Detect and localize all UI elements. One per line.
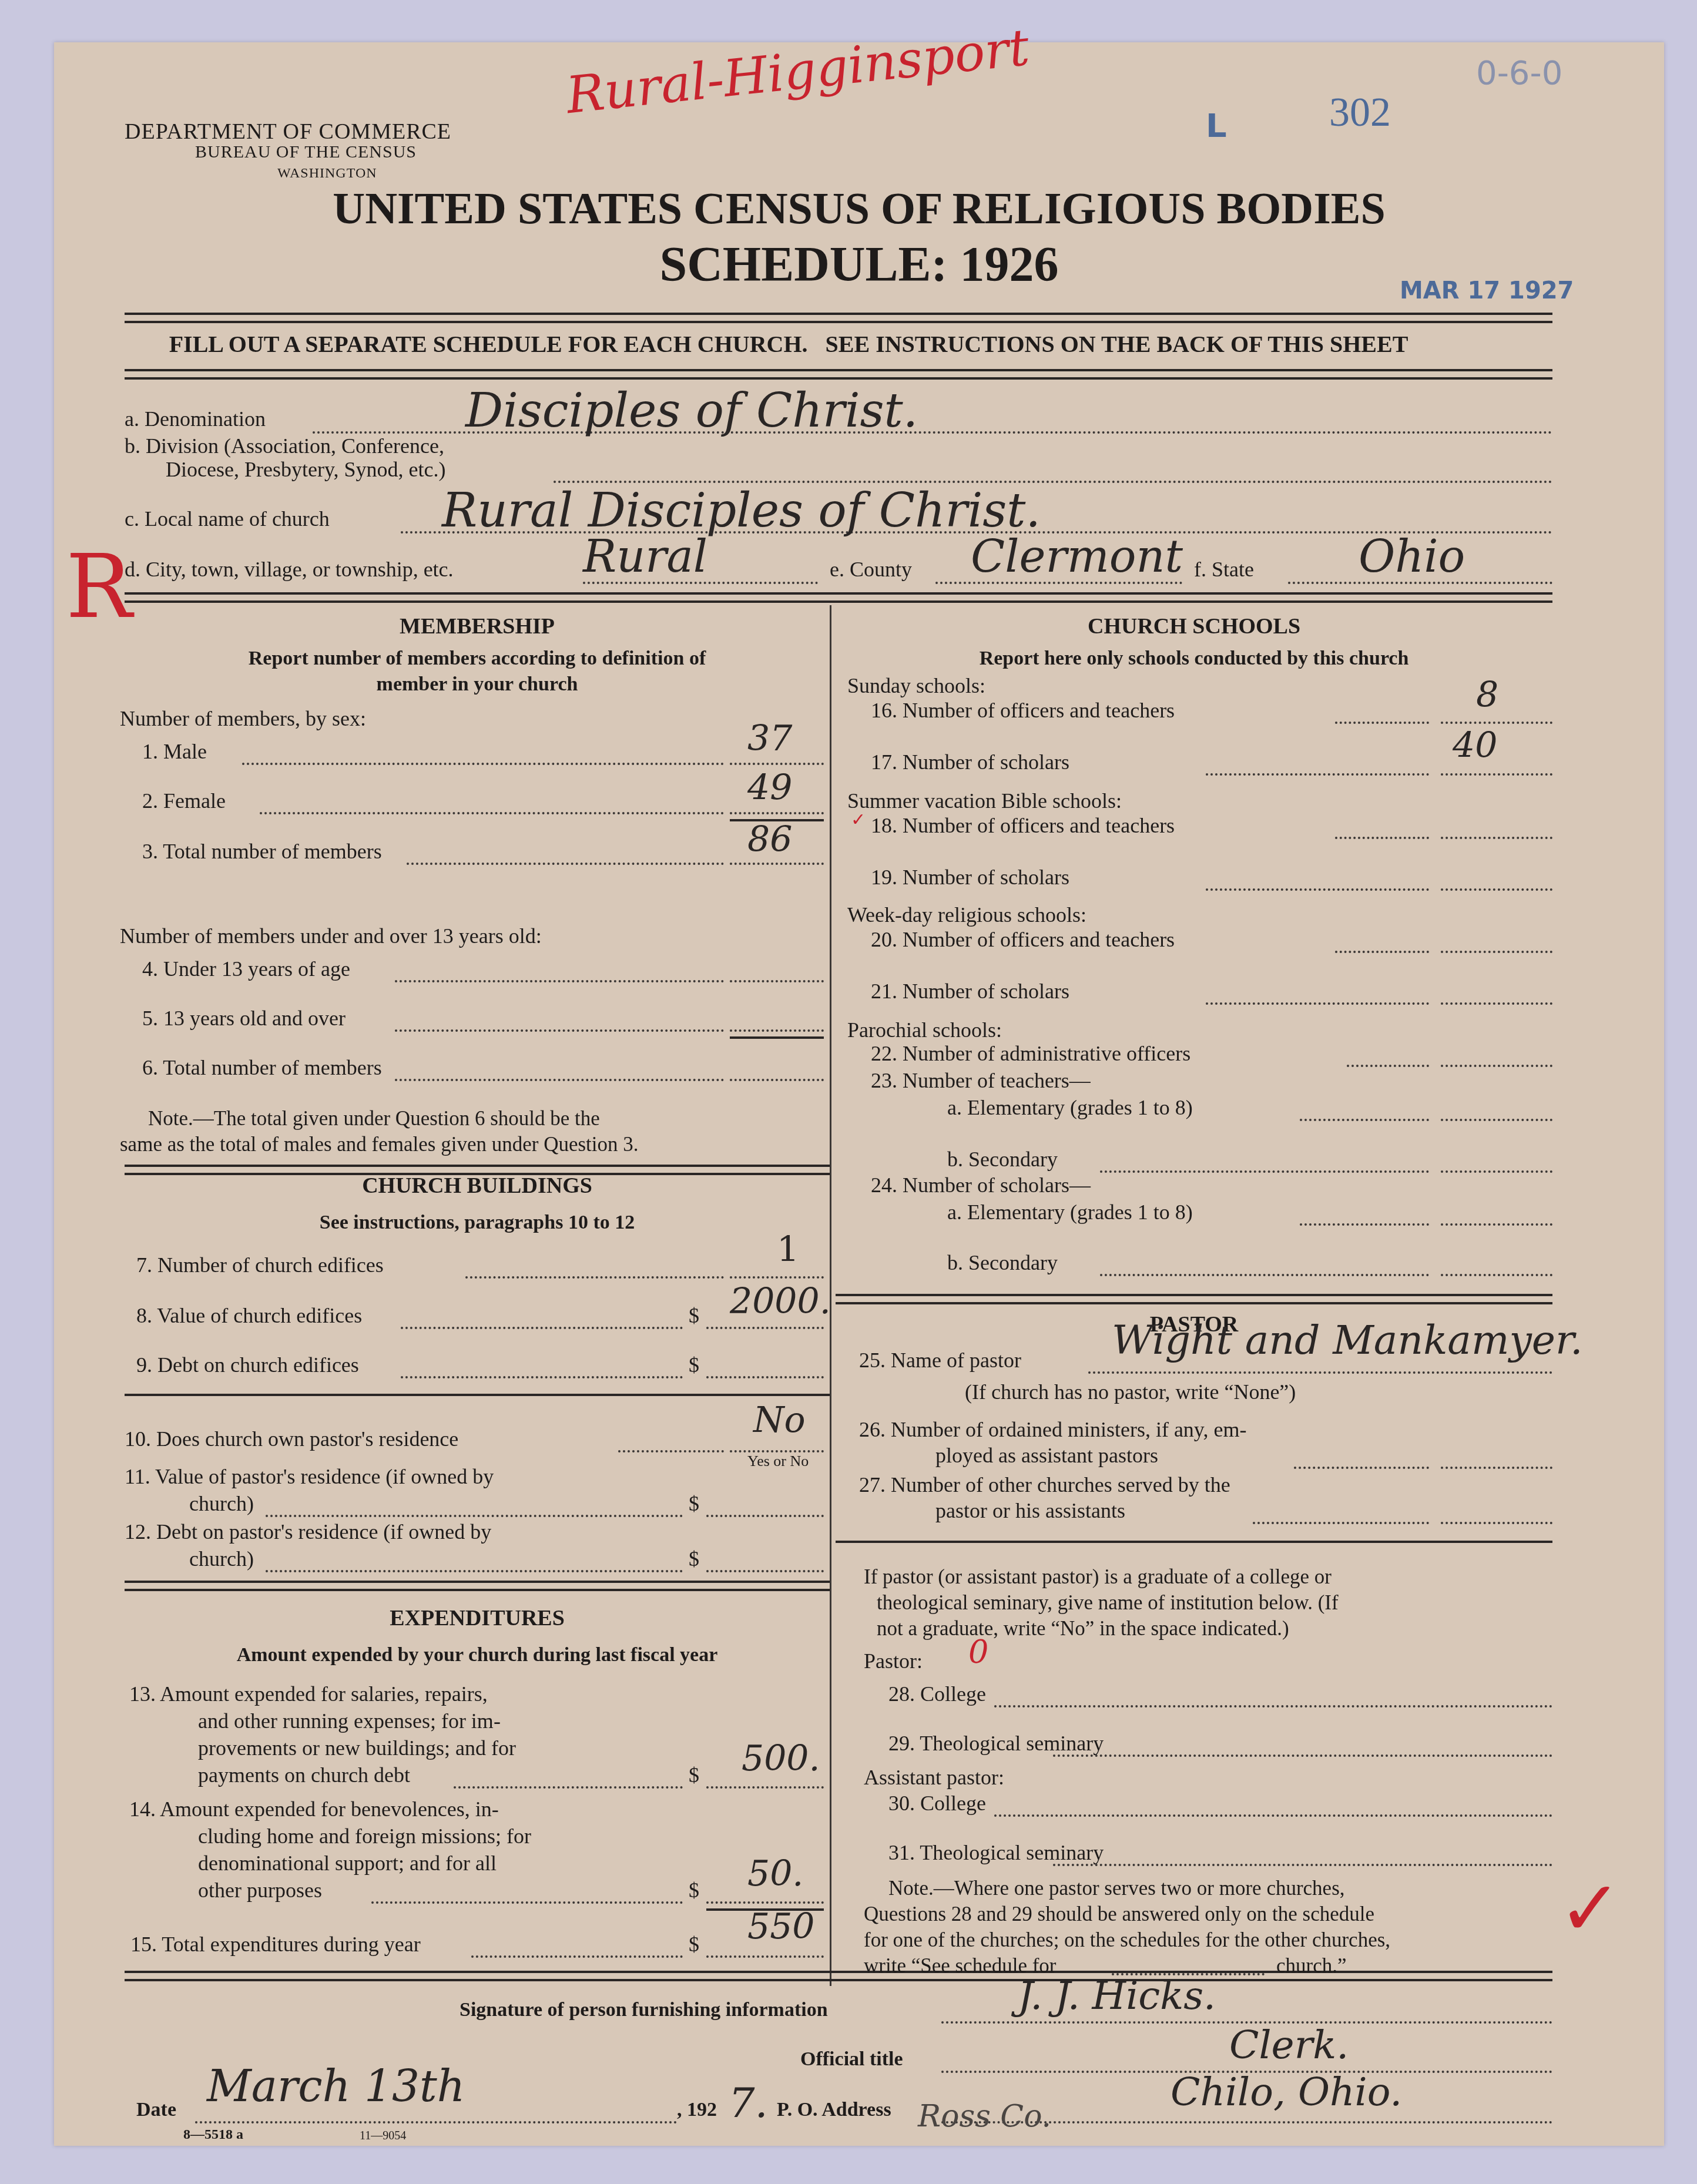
q7-leader <box>465 1276 724 1279</box>
q15-label: 15. Total expenditures during year <box>130 1932 421 1957</box>
q7-label: 7. Number of church edifices <box>136 1253 384 1277</box>
q7-field[interactable]: 1 <box>777 1229 799 1270</box>
q9-label: 9. Debt on church edifices <box>136 1353 359 1377</box>
expenditures-subtitle: Amount expended by your church during la… <box>125 1644 830 1666</box>
q4-label: 4. Under 13 years of age <box>142 957 350 981</box>
q26-field[interactable] <box>1441 1467 1552 1469</box>
q20-field[interactable] <box>1441 951 1552 953</box>
stamp-number: 302 <box>1329 89 1391 136</box>
denomination-label: a. Denomination <box>125 407 266 431</box>
denomination-field[interactable]: Disciples of Christ. <box>465 383 918 438</box>
summer-schools-label: Summer vacation Bible schools: <box>847 789 1122 813</box>
q18-label: 18. Number of officers and teachers <box>871 813 1175 838</box>
red-check-mark: ✓ <box>851 810 866 830</box>
identity-rule <box>125 592 1552 603</box>
division-label-2: Diocese, Presbytery, Synod, etc.) <box>166 457 446 482</box>
city-field[interactable]: Rural <box>583 530 707 582</box>
q25-line <box>1088 1371 1552 1374</box>
q15-line <box>706 1955 824 1958</box>
sunday-schools-label: Sunday schools: <box>847 673 985 698</box>
q5-field[interactable] <box>730 1029 824 1032</box>
q12-currency: $ <box>689 1546 699 1571</box>
q3-leader <box>407 863 724 865</box>
membership-note-2: same as the total of males and females g… <box>120 1132 639 1158</box>
red-circle-mark: 0 <box>968 1633 988 1670</box>
q23a-label: a. Elementary (grades 1 to 8) <box>947 1095 1193 1120</box>
q25-label: 25. Name of pastor <box>859 1348 1021 1373</box>
buildings-title: CHURCH BUILDINGS <box>125 1173 830 1199</box>
year-prefix: , 192 <box>677 2099 717 2121</box>
department-label: DEPARTMENT OF COMMERCE <box>125 119 451 145</box>
membership-note-1: Note.—The total given under Question 6 s… <box>148 1106 600 1132</box>
q23b-label: b. Secondary <box>947 1147 1058 1172</box>
buildings-rule <box>125 1581 830 1591</box>
q29-field[interactable] <box>1053 1754 1552 1757</box>
q31-field[interactable] <box>1053 1864 1552 1866</box>
q13-currency: $ <box>689 1763 699 1787</box>
q21-leader <box>1206 1002 1429 1005</box>
q22-leader <box>1347 1065 1429 1067</box>
state-field[interactable]: Ohio <box>1359 530 1465 582</box>
pastor-rule <box>836 1541 1552 1543</box>
q11-label-2: church) <box>189 1491 254 1516</box>
q1-male-field[interactable]: 37 <box>747 718 792 759</box>
q1-label: 1. Male <box>142 739 207 764</box>
q24-label: 24. Number of scholars— <box>871 1173 1091 1197</box>
q19-leader <box>1206 888 1429 891</box>
q19-field[interactable] <box>1441 888 1552 891</box>
q13-line-2: and other running expenses; for im- <box>198 1709 501 1733</box>
q17-field[interactable]: 40 <box>1453 725 1497 766</box>
q27-label-1: 27. Number of other churches served by t… <box>859 1472 1230 1497</box>
bureau-label: BUREAU OF THE CENSUS <box>195 142 417 162</box>
q21-field[interactable] <box>1441 1002 1552 1005</box>
q14-leader <box>371 1901 683 1904</box>
date-field[interactable]: March 13th <box>207 2061 465 2112</box>
schedule-title: SCHEDULE: 1926 <box>54 236 1664 293</box>
q6-leader <box>395 1079 724 1081</box>
form-title: UNITED STATES CENSUS OF RELIGIOUS BODIES <box>54 183 1664 234</box>
date-label: Date <box>136 2099 176 2121</box>
q31-label: 31. Theological seminary <box>888 1840 1104 1865</box>
q22-label: 22. Number of administrative officers <box>871 1041 1190 1066</box>
q1-line <box>730 763 824 765</box>
q24a-field[interactable] <box>1441 1223 1552 1226</box>
q20-leader <box>1335 951 1429 953</box>
q14-line-3: denominational support; and for all <box>198 1851 497 1876</box>
q28-field[interactable] <box>994 1705 1552 1707</box>
by-age-label: Number of members under and over 13 year… <box>120 924 542 948</box>
q12-label-2: church) <box>189 1546 254 1571</box>
q22-field[interactable] <box>1441 1065 1552 1067</box>
schools-subtitle: Report here only schools conducted by th… <box>836 648 1552 670</box>
q15-field[interactable]: 550 <box>747 1906 815 1947</box>
pastor-note-1: Note.—Where one pastor serves two or mor… <box>888 1876 1345 1901</box>
po-address-field[interactable]: Chilo, Ohio. <box>1171 2069 1402 2115</box>
local-name-field[interactable]: Rural Disciples of Christ. <box>442 483 1041 538</box>
q17-line <box>1441 773 1552 776</box>
q24a-label: a. Elementary (grades 1 to 8) <box>947 1200 1193 1224</box>
schools-title: CHURCH SCHOOLS <box>836 613 1552 639</box>
q8-label: 8. Value of church edifices <box>136 1303 362 1328</box>
by-sex-label: Number of members, by sex: <box>120 706 366 731</box>
q24a-leader <box>1300 1223 1429 1226</box>
q26-leader <box>1294 1467 1429 1469</box>
q9-leader <box>401 1376 683 1378</box>
pastor-note-5: church.” <box>1276 1953 1347 1979</box>
header-rule <box>125 313 1552 323</box>
q3-label: 3. Total number of members <box>142 839 382 864</box>
q12-field[interactable] <box>706 1570 824 1572</box>
q19-label: 19. Number of scholars <box>871 865 1069 890</box>
q14-line-4: other purposes <box>198 1878 322 1903</box>
pastor-note-2: Questions 28 and 29 should be answered o… <box>864 1901 1374 1927</box>
ross-co-note: Ross Co. <box>918 2099 1051 2134</box>
q16-field[interactable]: 8 <box>1476 675 1498 716</box>
date-line <box>195 2121 677 2123</box>
q1-leader <box>242 763 724 765</box>
q27-label-2: pastor or his assistants <box>935 1498 1125 1523</box>
q28-label: 28. College <box>888 1682 986 1706</box>
q29-label: 29. Theological seminary <box>888 1731 1104 1756</box>
parochial-schools-label: Parochial schools: <box>847 1018 1002 1042</box>
grad-note-1: If pastor (or assistant pastor) is a gra… <box>864 1564 1332 1590</box>
q8-field[interactable]: 2000. <box>730 1281 831 1322</box>
q30-label: 30. College <box>888 1791 986 1816</box>
fill-out-instruction: FILL OUT A SEPARATE SCHEDULE FOR EACH CH… <box>54 330 1523 358</box>
q18-field[interactable] <box>1441 837 1552 839</box>
q9-field[interactable] <box>706 1376 824 1378</box>
q23a-leader <box>1300 1119 1429 1121</box>
q27-field[interactable] <box>1441 1522 1552 1524</box>
q13-line <box>706 1786 824 1789</box>
q30-field[interactable] <box>994 1814 1552 1817</box>
q9-currency: $ <box>689 1353 699 1377</box>
q3-line <box>730 863 824 865</box>
q10-label: 10. Does church own pastor's residence <box>125 1427 458 1451</box>
q4-field[interactable] <box>730 980 824 982</box>
q11-field[interactable] <box>706 1515 824 1517</box>
q23-label: 23. Number of teachers— <box>871 1068 1091 1093</box>
q11-currency: $ <box>689 1491 699 1516</box>
county-label: e. County <box>830 557 912 582</box>
stamp-code: 0-6-0 <box>1476 54 1562 92</box>
q24b-leader <box>1100 1274 1429 1276</box>
q6-field[interactable] <box>730 1079 824 1081</box>
signature-label: Signature of person furnishing informati… <box>460 1999 828 2021</box>
q17-leader <box>1206 773 1429 776</box>
q18-leader <box>1335 837 1429 839</box>
q16-label: 16. Number of officers and teachers <box>871 698 1175 723</box>
division-label-1: b. Division (Association, Conference, <box>125 434 444 458</box>
q8-leader <box>401 1327 683 1329</box>
q5-label: 5. 13 years old and over <box>142 1006 346 1031</box>
local-name-label: c. Local name of church <box>125 506 330 531</box>
stamp-mark: L <box>1206 107 1227 145</box>
census-form-page: Rural-Higginsport 0-6-0 L 302 MAR 17 192… <box>54 42 1664 2146</box>
q6-label: 6. Total number of members <box>142 1055 382 1080</box>
q20-label: 20. Number of officers and teachers <box>871 927 1175 952</box>
q13-line-3: provements or new buildings; and for <box>198 1736 516 1760</box>
official-title-field[interactable]: Clerk. <box>1229 2022 1349 2068</box>
form-number: 8—5518 a <box>183 2127 243 2143</box>
red-large-check-mark: ✓ <box>1558 1864 1622 1953</box>
city-label: WASHINGTON <box>277 166 377 182</box>
q11-label-1: 11. Value of pastor's residence (if owne… <box>125 1464 494 1489</box>
q14-line <box>706 1901 824 1904</box>
q2-label: 2. Female <box>142 789 226 813</box>
schools-rule <box>836 1294 1552 1304</box>
q27-leader <box>1253 1522 1429 1524</box>
q26-label-2: ployed as assistant pastors <box>935 1443 1158 1468</box>
buildings-subtitle: See instructions, paragraphs 10 to 12 <box>125 1212 830 1234</box>
q14-line-1: 14. Amount expended for benevolences, in… <box>129 1797 499 1821</box>
county-field[interactable]: Clermont <box>971 530 1183 582</box>
q25-hint: (If church has no pastor, write “None”) <box>965 1380 1296 1404</box>
instruction-rule <box>125 369 1552 380</box>
q13-field[interactable]: 500. <box>742 1738 820 1779</box>
q14-field[interactable]: 50. <box>747 1853 803 1894</box>
q13-line-1: 13. Amount expended for salaries, repair… <box>129 1682 488 1706</box>
expenditures-title: EXPENDITURES <box>125 1605 830 1631</box>
q5-sum-rule <box>730 1036 824 1039</box>
weekday-schools-label: Week-day religious schools: <box>847 903 1086 927</box>
grad-note-3: not a graduate, write “No” in the space … <box>877 1616 1289 1642</box>
q8-line <box>706 1327 824 1329</box>
city-label-field: d. City, town, village, or township, etc… <box>125 557 454 582</box>
state-label: f. State <box>1194 557 1254 582</box>
grad-note-2: theological seminary, give name of insti… <box>877 1590 1339 1616</box>
q2-leader <box>260 812 724 814</box>
q24b-label: b. Secondary <box>947 1250 1058 1275</box>
q8-currency: $ <box>689 1303 699 1328</box>
q7-line <box>730 1276 824 1279</box>
q10-hint: Yes or No <box>747 1452 809 1470</box>
q17-label: 17. Number of scholars <box>871 750 1069 774</box>
q13-line-4: payments on church debt <box>198 1763 410 1787</box>
q23b-leader <box>1100 1170 1429 1173</box>
official-title-label: Official title <box>800 2048 903 2071</box>
q26-label-1: 26. Number of ordained ministers, if any… <box>859 1417 1247 1442</box>
q13-leader <box>454 1786 683 1789</box>
q11-leader <box>266 1515 683 1517</box>
q10-leader <box>618 1450 724 1452</box>
pastor-subheading: Pastor: <box>864 1649 923 1673</box>
q12-label-1: 12. Debt on pastor's residence (if owned… <box>125 1519 491 1544</box>
signature-field[interactable]: J. J. Hicks. <box>1018 1973 1216 2018</box>
q2-line <box>730 812 824 814</box>
q14-line-2: cluding home and foreign missions; for <box>198 1824 531 1848</box>
q15-currency: $ <box>689 1932 699 1957</box>
q4-leader <box>395 980 724 982</box>
membership-subtitle-2: member in your church <box>125 673 830 696</box>
q21-label: 21. Number of scholars <box>871 979 1069 1004</box>
year-field[interactable]: 7. <box>729 2079 768 2127</box>
red-r-mark: R <box>66 536 132 638</box>
q24b-field[interactable] <box>1441 1274 1552 1276</box>
q12-leader <box>266 1570 683 1572</box>
q5-leader <box>395 1029 724 1032</box>
print-number: 11—9054 <box>360 2129 406 2143</box>
q23b-field[interactable] <box>1441 1170 1552 1173</box>
q3-total-field[interactable]: 86 <box>747 819 792 860</box>
q9-rule <box>125 1394 830 1396</box>
q25-pastor-name-field[interactable]: Wight and Mankamyer. <box>1112 1317 1583 1364</box>
assistant-pastor-subheading: Assistant pastor: <box>864 1765 1004 1790</box>
q16-line <box>1441 722 1552 724</box>
membership-subtitle-1: Report number of members according to de… <box>125 648 830 670</box>
q14-currency: $ <box>689 1878 699 1903</box>
po-address-label: P. O. Address <box>777 2099 891 2121</box>
q15-leader <box>471 1955 683 1958</box>
q10-field[interactable]: No <box>753 1400 806 1441</box>
q2-female-field[interactable]: 49 <box>747 767 792 808</box>
q23a-field[interactable] <box>1441 1119 1552 1121</box>
q16-leader <box>1335 722 1429 724</box>
membership-title: MEMBERSHIP <box>125 613 830 639</box>
red-annotation-rural-higginsport: Rural-Higginsport <box>564 18 1032 125</box>
pastor-note-3: for one of the churches; on the schedule… <box>864 1927 1390 1953</box>
